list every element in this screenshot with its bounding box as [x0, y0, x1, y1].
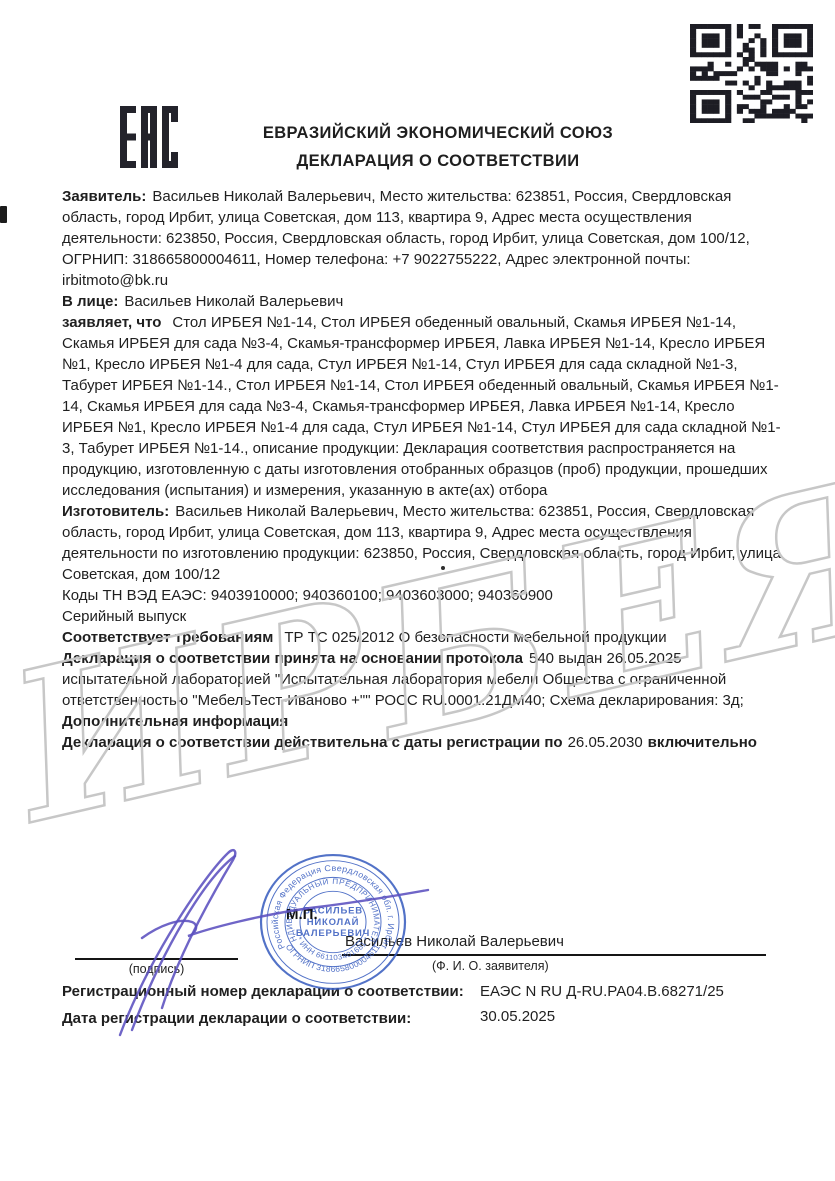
codes-line: Коды ТН ВЭД ЕАЭС: 9403910000; 940360100;… — [62, 585, 784, 606]
signature-ink — [100, 843, 440, 1043]
declares-label: заявляет, что — [62, 314, 161, 331]
additional-info-label: Дополнительная информация — [62, 711, 784, 732]
declares-text: Стол ИРБЕЯ №1-14, Стол ИРБЕЯ обеденный о… — [62, 314, 781, 499]
qr-code — [690, 24, 813, 123]
complies-text: ТР ТС 025/2012 О безопасности мебельной … — [284, 629, 666, 646]
in-person-paragraph: В лице:Васильев Николай Валерьевич — [62, 291, 784, 312]
union-title: ЕВРАЗИЙСКИЙ ЭКОНОМИЧЕСКИЙ СОЮЗ — [140, 124, 736, 143]
applicant-text: Васильев Николай Валерьевич, Место жител… — [62, 188, 750, 289]
in-person-text: Васильев Николай Валерьевич — [124, 293, 343, 310]
manufacturer-label: Изготовитель: — [62, 503, 169, 520]
registration-number-value: ЕАЭС N RU Д-RU.РА04.В.68271/25 — [480, 983, 724, 1000]
manufacturer-text: Васильев Николай Валерьевич, Место жител… — [62, 503, 781, 583]
validity-suffix: включительно — [648, 734, 757, 751]
name-caption: (Ф. И. О. заявителя) — [432, 959, 549, 973]
validity-paragraph: Декларация о соответствии действительна … — [62, 732, 784, 753]
serial-line: Серийный выпуск — [62, 606, 784, 627]
applicant-label: Заявитель: — [62, 188, 146, 205]
applicant-paragraph: Заявитель:Васильев Николай Валерьевич, М… — [62, 186, 784, 291]
declares-paragraph: заявляет, чтоСтол ИРБЕЯ №1-14, Стол ИРБЕ… — [62, 312, 784, 501]
in-person-label: В лице: — [62, 293, 118, 310]
manufacturer-paragraph: Изготовитель:Васильев Николай Валерьевич… — [62, 501, 784, 585]
registration-date-value: 30.05.2025 — [480, 1008, 555, 1025]
complies-paragraph: Соответствует требованиямТР ТС 025/2012 … — [62, 627, 784, 648]
declaration-document: ЕВРАЗИЙСКИЙ ЭКОНОМИЧЕСКИЙ СОЮЗ ДЕКЛАРАЦИ… — [0, 0, 835, 1181]
document-title: ДЕКЛАРАЦИЯ О СООТВЕТСТВИИ — [140, 152, 736, 171]
scan-artifact-smudge — [0, 206, 7, 223]
basis-label: Декларация о соответствии принята на осн… — [62, 650, 523, 667]
validity-date: 26.05.2030 — [568, 734, 643, 751]
validity-prefix: Декларация о соответствии действительна … — [62, 734, 563, 751]
complies-label: Соответствует требованиям — [62, 629, 273, 646]
document-header: ЕВРАЗИЙСКИЙ ЭКОНОМИЧЕСКИЙ СОЮЗ ДЕКЛАРАЦИ… — [140, 124, 736, 171]
document-body: Заявитель:Васильев Николай Валерьевич, М… — [62, 186, 784, 753]
basis-paragraph: Декларация о соответствии принята на осн… — [62, 648, 784, 711]
